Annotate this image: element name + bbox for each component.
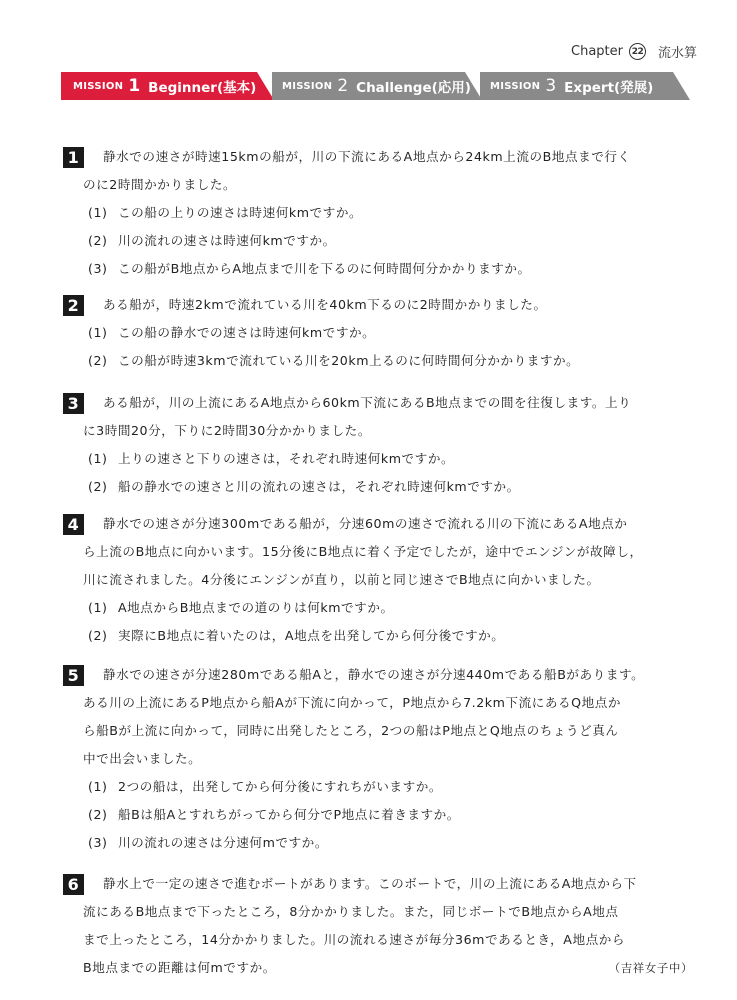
sub-question-text: 上りの速さと下りの速さは，それぞれ時速何kmですか。 [118,445,454,473]
sub-question-text: A地点からB地点までの道のりは何kmですか。 [118,594,394,622]
question-2: 2 ある船が，時速2kmで流れている川を40km下るのに2時間かかりました。 (… [63,291,693,375]
question-text-line: 流にあるB地点まで下ったところ，8分かかりました。また，同じボートでB地点からA… [63,898,693,926]
question-4: 4 静水での速さが分速300mである船が，分速60mの速さで流れる川の下流にある… [63,510,693,650]
question-text-final: B地点までの距離は何mですか。 [83,960,276,975]
sub-question-number: (3) [88,829,118,857]
tab-mission-number: 2 [337,76,348,96]
chapter-title: 流水算 [658,42,697,61]
tab-mission-title: Challenge(応用) [356,76,471,96]
tab-mission-3[interactable]: MISSION 3 Expert(発展) [480,72,690,100]
sub-question-text: 船の静水での速さと川の流れの速さは，それぞれ時速何kmですか。 [118,473,520,501]
chapter-header: Chapter 22 流水算 [571,42,697,61]
sub-question: (2)この船が時速3kmで流れている川を20km上るのに何時間何分かかりますか。 [63,347,693,375]
question-number-badge: 4 [63,514,84,535]
sub-question: (1)上りの速さと下りの速さは，それぞれ時速何kmですか。 [63,445,693,473]
question-text-line: まで上ったところ，14分かかりました。川の流れる速さが毎分36mであるとき，A地… [63,926,693,954]
tab-mission-number: 1 [128,76,140,96]
chapter-number-badge: 22 [629,43,646,60]
tab-mission-label: MISSION [73,81,123,92]
question-text-line: 川に流されました。4分後にエンジンが直り，以前と同じ速さでB地点に向かいました。 [63,566,693,594]
sub-question-number: (1) [88,445,118,473]
sub-question-number: (2) [88,801,118,829]
question-text-line: ある船が，川の上流にあるA地点から60km下流にあるB地点までの間を往復します。… [63,389,693,417]
tab-mission-label: MISSION [282,81,332,92]
tab-mission-2[interactable]: MISSION 2 Challenge(応用) [272,72,482,100]
tab-mission-1[interactable]: MISSION 1 Beginner(基本) [61,72,274,100]
question-source: （吉祥女子中） [609,954,693,982]
mission-tabs: MISSION 1 Beginner(基本) MISSION 2 Challen… [61,72,691,100]
sub-question: (1)A地点からB地点までの道のりは何kmですか。 [63,594,693,622]
sub-question: (1)2つの船は，出発してから何分後にすれちがいますか。 [63,773,693,801]
sub-question-number: (1) [88,199,118,227]
sub-question-text: この船の静水での速さは時速何kmですか。 [118,319,375,347]
question-text-line: ら上流のB地点に向かいます。15分後にB地点に着く予定でしたが，途中でエンジンが… [63,538,693,566]
tab-mission-title: Expert(発展) [564,76,653,96]
question-5: 5 静水での速さが分速280mである船Aと，静水での速さが分速440mである船B… [63,661,693,857]
sub-question-text: この船が時速3kmで流れている川を20km上るのに何時間何分かかりますか。 [118,347,579,375]
sub-question: (3)この船がB地点からA地点まで川を下るのに何時間何分かかりますか。 [63,255,693,283]
sub-question-number: (1) [88,773,118,801]
sub-question-text: 2つの船は，出発してから何分後にすれちがいますか。 [118,773,442,801]
sub-question: (1)この船の静水での速さは時速何kmですか。 [63,319,693,347]
sub-question-number: (3) [88,255,118,283]
question-text-line: 静水での速さが分速280mである船Aと，静水での速さが分速440mである船Bがあ… [63,661,693,689]
question-1: 1 静水での速さが時速15kmの船が，川の下流にあるA地点から24km上流のB地… [63,143,693,283]
sub-question-number: (2) [88,622,118,650]
tab-mission-label: MISSION [490,81,540,92]
question-number-badge: 6 [63,874,84,895]
sub-question-text: 川の流れの速さは分速何mですか。 [118,829,328,857]
sub-question: (2)船Bは船Aとすれちがってから何分でP地点に着きますか。 [63,801,693,829]
question-text-line: 静水での速さが時速15kmの船が，川の下流にあるA地点から24km上流のB地点ま… [63,143,693,171]
sub-question-text: 川の流れの速さは時速何kmですか。 [118,227,336,255]
sub-question-number: (2) [88,347,118,375]
sub-question: (2)実際にB地点に着いたのは，A地点を出発してから何分後ですか。 [63,622,693,650]
tab-mission-title: Beginner(基本) [148,76,256,96]
sub-question-text: 実際にB地点に着いたのは，A地点を出発してから何分後ですか。 [118,622,504,650]
question-text-line: に3時間20分，下りに2時間30分かかりました。 [63,417,693,445]
tab-mission-number: 3 [545,76,556,96]
question-number-badge: 2 [63,295,84,316]
sub-question: (3)川の流れの速さは分速何mですか。 [63,829,693,857]
sub-question-number: (2) [88,473,118,501]
question-text-line: 静水での速さが分速300mである船が，分速60mの速さで流れる川の下流にあるA地… [63,510,693,538]
sub-question-number: (1) [88,319,118,347]
sub-question-text: 船Bは船Aとすれちがってから何分でP地点に着きますか。 [118,801,460,829]
question-number-badge: 5 [63,665,84,686]
question-6: 6 静水上で一定の速さで進むボートがあります。このボートで，川の上流にあるA地点… [63,870,693,982]
question-text-line: B地点までの距離は何mですか。 （吉祥女子中） [63,954,693,982]
question-number-badge: 3 [63,393,84,414]
question-text-line: ら船Bが上流に向かって，同時に出発したところ，2つの船はP地点とQ地点のちょうど… [63,717,693,745]
question-text-line: 中で出会いました。 [63,745,693,773]
sub-question: (2)川の流れの速さは時速何kmですか。 [63,227,693,255]
question-text-line: ある船が，時速2kmで流れている川を40km下るのに2時間かかりました。 [63,291,693,319]
chapter-label: Chapter [571,44,623,59]
sub-question-text: この船の上りの速さは時速何kmですか。 [118,199,362,227]
sub-question-text: この船がB地点からA地点まで川を下るのに何時間何分かかりますか。 [118,255,531,283]
question-text-line: 静水上で一定の速さで進むボートがあります。このボートで，川の上流にあるA地点から… [63,870,693,898]
sub-question-number: (1) [88,594,118,622]
sub-question-number: (2) [88,227,118,255]
question-3: 3 ある船が，川の上流にあるA地点から60km下流にあるB地点までの間を往復しま… [63,389,693,501]
question-number-badge: 1 [63,147,84,168]
sub-question: (2)船の静水での速さと川の流れの速さは，それぞれ時速何kmですか。 [63,473,693,501]
question-text-line: ある川の上流にあるP地点から船Aが下流に向かって，P地点から7.2km下流にある… [63,689,693,717]
sub-question: (1)この船の上りの速さは時速何kmですか。 [63,199,693,227]
question-text-line: のに2時間かかりました。 [63,171,693,199]
